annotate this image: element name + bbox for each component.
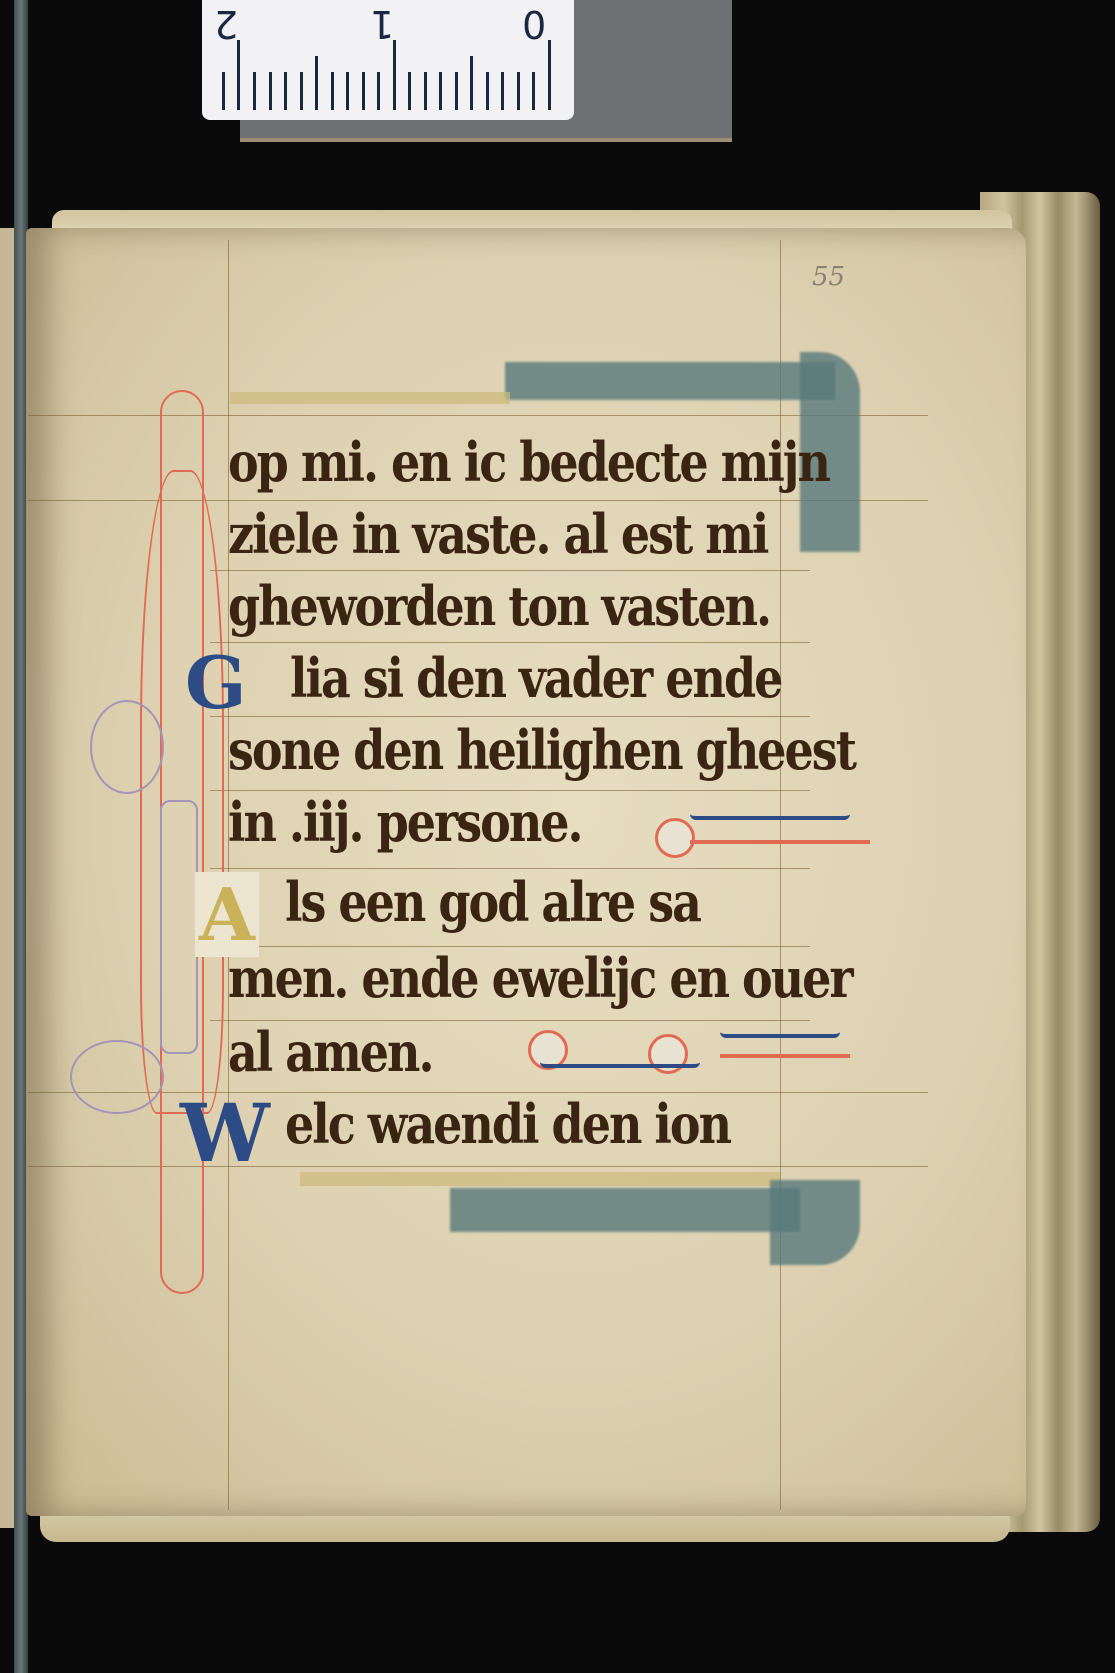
- border-bar-top: [505, 362, 835, 400]
- text-line-10: elc waendi den ion: [285, 1092, 730, 1156]
- text-line-9: al amen.: [228, 1020, 433, 1084]
- ruler-tick: [362, 72, 365, 110]
- ruler-label-2: 2: [214, 2, 238, 46]
- facing-page-edge: [0, 228, 14, 1528]
- ruler-label-0: 0: [522, 2, 546, 46]
- border-bar-bottom: [450, 1188, 800, 1232]
- violet-penwork-stem: [160, 800, 198, 1054]
- ruler-tick: [315, 56, 318, 110]
- text-line-6: in .iij. persone.: [228, 790, 582, 854]
- ruler-tick: [253, 72, 256, 110]
- ruler-tick: [486, 72, 489, 110]
- ruler-tick: [237, 40, 240, 110]
- violet-penwork-curl: [70, 1040, 164, 1114]
- ruler-tick: [300, 72, 303, 110]
- ruler-tick: [455, 72, 458, 110]
- ruler-tick: [408, 72, 411, 110]
- text-line-3: gheworden ton vasten.: [228, 574, 770, 638]
- ruling-horizontal: [210, 642, 810, 643]
- ruler-tick: [393, 40, 396, 110]
- ruler-tick: [470, 56, 473, 110]
- border-corner-bottom-right: [770, 1180, 860, 1265]
- border-ochre-bottom: [300, 1172, 780, 1186]
- text-line-4: lia si den vader ende: [290, 646, 781, 710]
- scale-ruler: 2 1 0: [202, 0, 574, 120]
- text-line-1: op mi. en ic bedecte mijn: [228, 430, 829, 494]
- line-filler-red-scallop: [690, 840, 870, 852]
- ruler-tick: [424, 72, 427, 110]
- ruling-horizontal: [210, 868, 810, 869]
- line-filler-blue-scallop: [720, 1026, 840, 1038]
- text-line-2: ziele in vaste. al est mi: [228, 502, 767, 566]
- line-filler-silver-dot: [655, 818, 695, 858]
- line-filler-blue-scroll: [540, 1056, 700, 1068]
- violet-penwork-curl: [90, 700, 164, 794]
- text-line-5: sone den heilighen gheest: [228, 718, 855, 782]
- initial-g-blue: G: [185, 640, 247, 725]
- ruler-tick: [346, 72, 349, 110]
- ruler-tick: [532, 72, 535, 110]
- ruling-horizontal: [210, 570, 810, 571]
- ruler-tick: [548, 40, 551, 110]
- ruler-tick: [331, 72, 334, 110]
- ruler-tick: [269, 72, 272, 110]
- line-filler-blue-scallop: [690, 808, 850, 820]
- ruler-tick: [517, 72, 520, 110]
- border-ochre-top: [230, 392, 510, 404]
- line-filler-red-scallop: [720, 1054, 850, 1066]
- ruler-tick: [284, 72, 287, 110]
- initial-w-blue: W: [180, 1086, 270, 1180]
- text-line-8: men. ende ewelijc en ouer: [228, 946, 852, 1010]
- ruler-label-1: 1: [370, 2, 394, 46]
- line-filler-silver-dot: [648, 1034, 688, 1074]
- ruler-tick: [377, 72, 380, 110]
- ruler-tick: [501, 72, 504, 110]
- ruling-horizontal: [210, 716, 810, 717]
- ruler-tick: [222, 72, 225, 110]
- folio-number: 55: [812, 262, 845, 292]
- text-line-7: ls een god alre sa: [285, 870, 700, 934]
- initial-a-gold: A: [195, 872, 259, 957]
- ruler-tick: [439, 72, 442, 110]
